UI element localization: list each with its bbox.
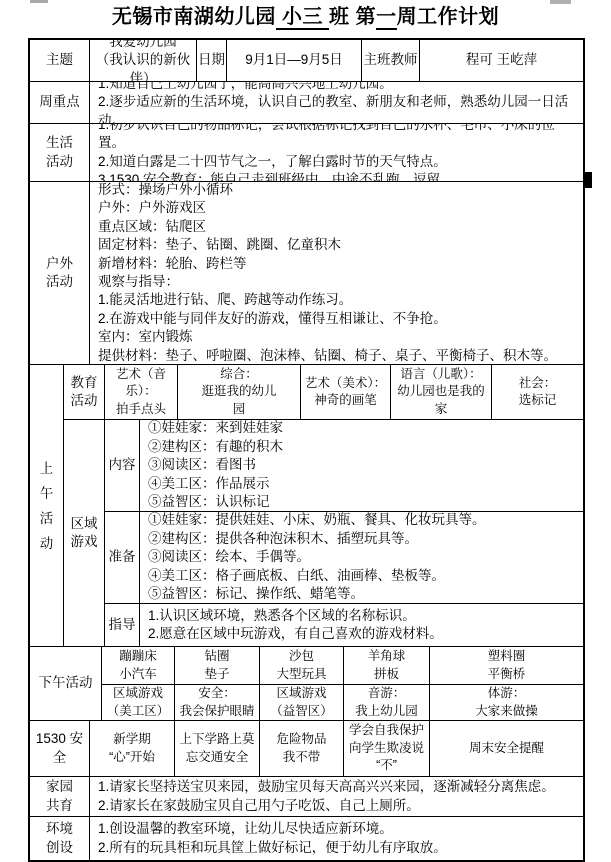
education-activity-label: 教育 活动 [64,365,105,420]
education-cell-art: 艺术（美术）： 神奇的画笔 [301,365,391,420]
outdoor-activity-label: 户外 活动 [30,182,90,365]
outdoor-activity-content: 形式：操场户外小循环 户外：户外游戏区 重点区域：钻爬区 固定材料：垫子、钻圈、… [90,182,583,365]
regional-prepare-row: 准备 ①娃娃家：提供娃娃、小床、奶瓶、餐具、化妆玩具等。 ②建构区：提供各种泡沫… [105,512,583,604]
education-cell-music: 艺术（音乐）： 拍手点头 [105,365,178,420]
afternoon-game-5: 体游： 大家来做操 [430,685,583,721]
safety-cell-3: 危险物品 我不带 [260,721,344,777]
family-label: 家园 共育 [30,777,90,817]
weekly-plan-table: 主题 我爱幼儿园 （我认识的新伙伴） 日期 9月1日—9月5日 主班教师 程可 … [28,38,585,862]
afternoon-games-row: 区域游戏 （美工区） 安全： 我会保护眼睛 区域游戏 （益智区） 音游： 我上幼… [102,685,583,721]
afternoon-equipment-row: 蹦蹦床 小汽车 钻圈 垫子 沙包 大型玩具 羊角球 拼板 塑料圈 平衡桥 [102,647,583,685]
education-cell-society: 社会： 选标记 [492,365,583,420]
education-activity-row: 教育 活动 艺术（音乐）： 拍手点头 综合： 逛逛我的幼儿 园 艺术（美术）： … [64,365,583,420]
title-part1: 无锡市南湖幼儿园 [112,6,276,28]
regional-guide-text: 1.认识区域环境，熟悉各个区域的名称标识。 2.愿意在区域中玩游戏，有自己喜欢的… [140,604,583,647]
education-cell-language: 语言（儿歌）： 幼儿园也是我的 家 [391,365,492,420]
morning-activity-block: 上 午 活 动 教育 活动 艺术（音乐）： 拍手点头 综合： 逛逛我的幼儿 园 … [30,365,583,647]
regional-prepare-label: 准备 [105,512,140,604]
afternoon-cell-5: 塑料圈 平衡桥 [430,647,583,685]
environment-row: 环境 创设 1.创设温馨的教室环境，让幼儿尽快适应新环境。 2.所有的玩具柜和玩… [30,817,583,860]
document-title: 无锡市南湖幼儿园 小三 班 第一周工作计划 [0,0,611,34]
afternoon-activity-label: 下午活动 [30,647,102,721]
safety-cell-2: 上下学路上莫 忘交通安全 [175,721,260,777]
week-focus-label: 周重点 [30,82,90,124]
safety-cell-5: 周末安全提醒 [430,721,583,777]
afternoon-cell-3: 沙包 大型玩具 [260,647,344,685]
title-part2: 班 第 [329,6,376,28]
safety-1530-label: 1530 安全 [30,721,90,777]
theme-label: 主题 [30,40,90,82]
teacher-value: 程可 王屹萍 [420,40,583,82]
title-week-number-underlined: 一 [376,6,397,30]
afternoon-game-2: 安全： 我会保护眼睛 [175,685,260,721]
top-left-gray-mark [30,0,48,3]
afternoon-cell-4: 羊角球 拼板 [344,647,430,685]
safety-cell-4: 学会自我保护 向学生欺凌说 “不” [344,721,430,777]
safety-1530-row: 1530 安全 新学期 “心”开始 上下学路上莫 忘交通安全 危险物品 我不带 … [30,721,583,777]
family-row: 家园 共育 1.请家长坚持送宝贝来园，鼓励宝贝每天高高兴兴来园，逐渐减轻分离焦虑… [30,777,583,817]
week-focus-row: 周重点 1.知道自己上幼儿园了，能高高兴兴地上幼儿园。 2.逐步适应新的生活环境… [30,82,583,124]
life-activity-label: 生活 活动 [30,124,90,182]
theme-value: 我爱幼儿园 （我认识的新伙伴） [90,40,197,82]
environment-content: 1.创设温馨的教室环境，让幼儿尽快适应新环境。 2.所有的玩具柜和玩具筐上做好标… [90,817,583,860]
regional-prepare-text: ①娃娃家：提供娃娃、小床、奶瓶、餐具、化妆玩具等。 ②建构区：提供各种泡沫积木、… [140,512,583,604]
top-right-gray-mark [550,0,571,4]
afternoon-game-4: 音游： 我上幼儿园 [344,685,430,721]
afternoon-activity-row: 下午活动 蹦蹦床 小汽车 钻圈 垫子 沙包 大型玩具 羊角球 拼板 塑料圈 平衡… [30,647,583,721]
regional-games-label: 区域 游戏 [64,420,105,647]
environment-label: 环境 创设 [30,817,90,860]
regional-guide-label: 指导 [105,604,140,647]
afternoon-game-1: 区域游戏 （美工区） [102,685,175,721]
life-activity-content: 1.初步认识自己的物品标记，尝试根据标记找到自己的水杯、毛巾、小床的位置。 2.… [90,124,583,182]
family-content: 1.请家长坚持送宝贝来园，鼓励宝贝每天高高兴兴来园，逐渐减轻分离焦虑。 2.请家… [90,777,583,817]
week-focus-content: 1.知道自己上幼儿园了，能高高兴兴地上幼儿园。 2.逐步适应新的生活环境，认识自… [90,82,583,124]
date-label: 日期 [197,40,227,82]
regional-content-text: ①娃娃家：来到娃娃家 ②建构区：有趣的积木 ③阅读区：看图书 ④美工区：作品展示… [140,420,583,512]
safety-cell-1: 新学期 “心”开始 [90,721,175,777]
title-class-name-underlined: 小三 [276,6,329,30]
teacher-label: 主班教师 [362,40,420,82]
afternoon-game-3: 区域游戏 （益智区） [260,685,344,721]
right-edge-black-tab [585,172,592,188]
regional-content-row: 内容 ①娃娃家：来到娃娃家 ②建构区：有趣的积木 ③阅读区：看图书 ④美工区：作… [105,420,583,512]
header-row: 主题 我爱幼儿园 （我认识的新伙伴） 日期 9月1日—9月5日 主班教师 程可 … [30,40,583,82]
education-cell-general: 综合： 逛逛我的幼儿 园 [178,365,301,420]
morning-activity-label: 上 午 活 动 [30,365,64,647]
regional-games-block: 区域 游戏 内容 ①娃娃家：来到娃娃家 ②建构区：有趣的积木 ③阅读区：看图书 … [64,420,583,647]
title-part3: 周工作计划 [397,6,500,28]
regional-guide-row: 指导 1.认识区域环境，熟悉各个区域的名称标识。 2.愿意在区域中玩游戏，有自己… [105,604,583,647]
afternoon-cell-2: 钻圈 垫子 [175,647,260,685]
regional-content-label: 内容 [105,420,140,512]
date-value: 9月1日—9月5日 [227,40,362,82]
afternoon-cell-1: 蹦蹦床 小汽车 [102,647,175,685]
life-activity-row: 生活 活动 1.初步认识自己的物品标记，尝试根据标记找到自己的水杯、毛巾、小床的… [30,124,583,182]
outdoor-activity-row: 户外 活动 形式：操场户外小循环 户外：户外游戏区 重点区域：钻爬区 固定材料：… [30,182,583,365]
